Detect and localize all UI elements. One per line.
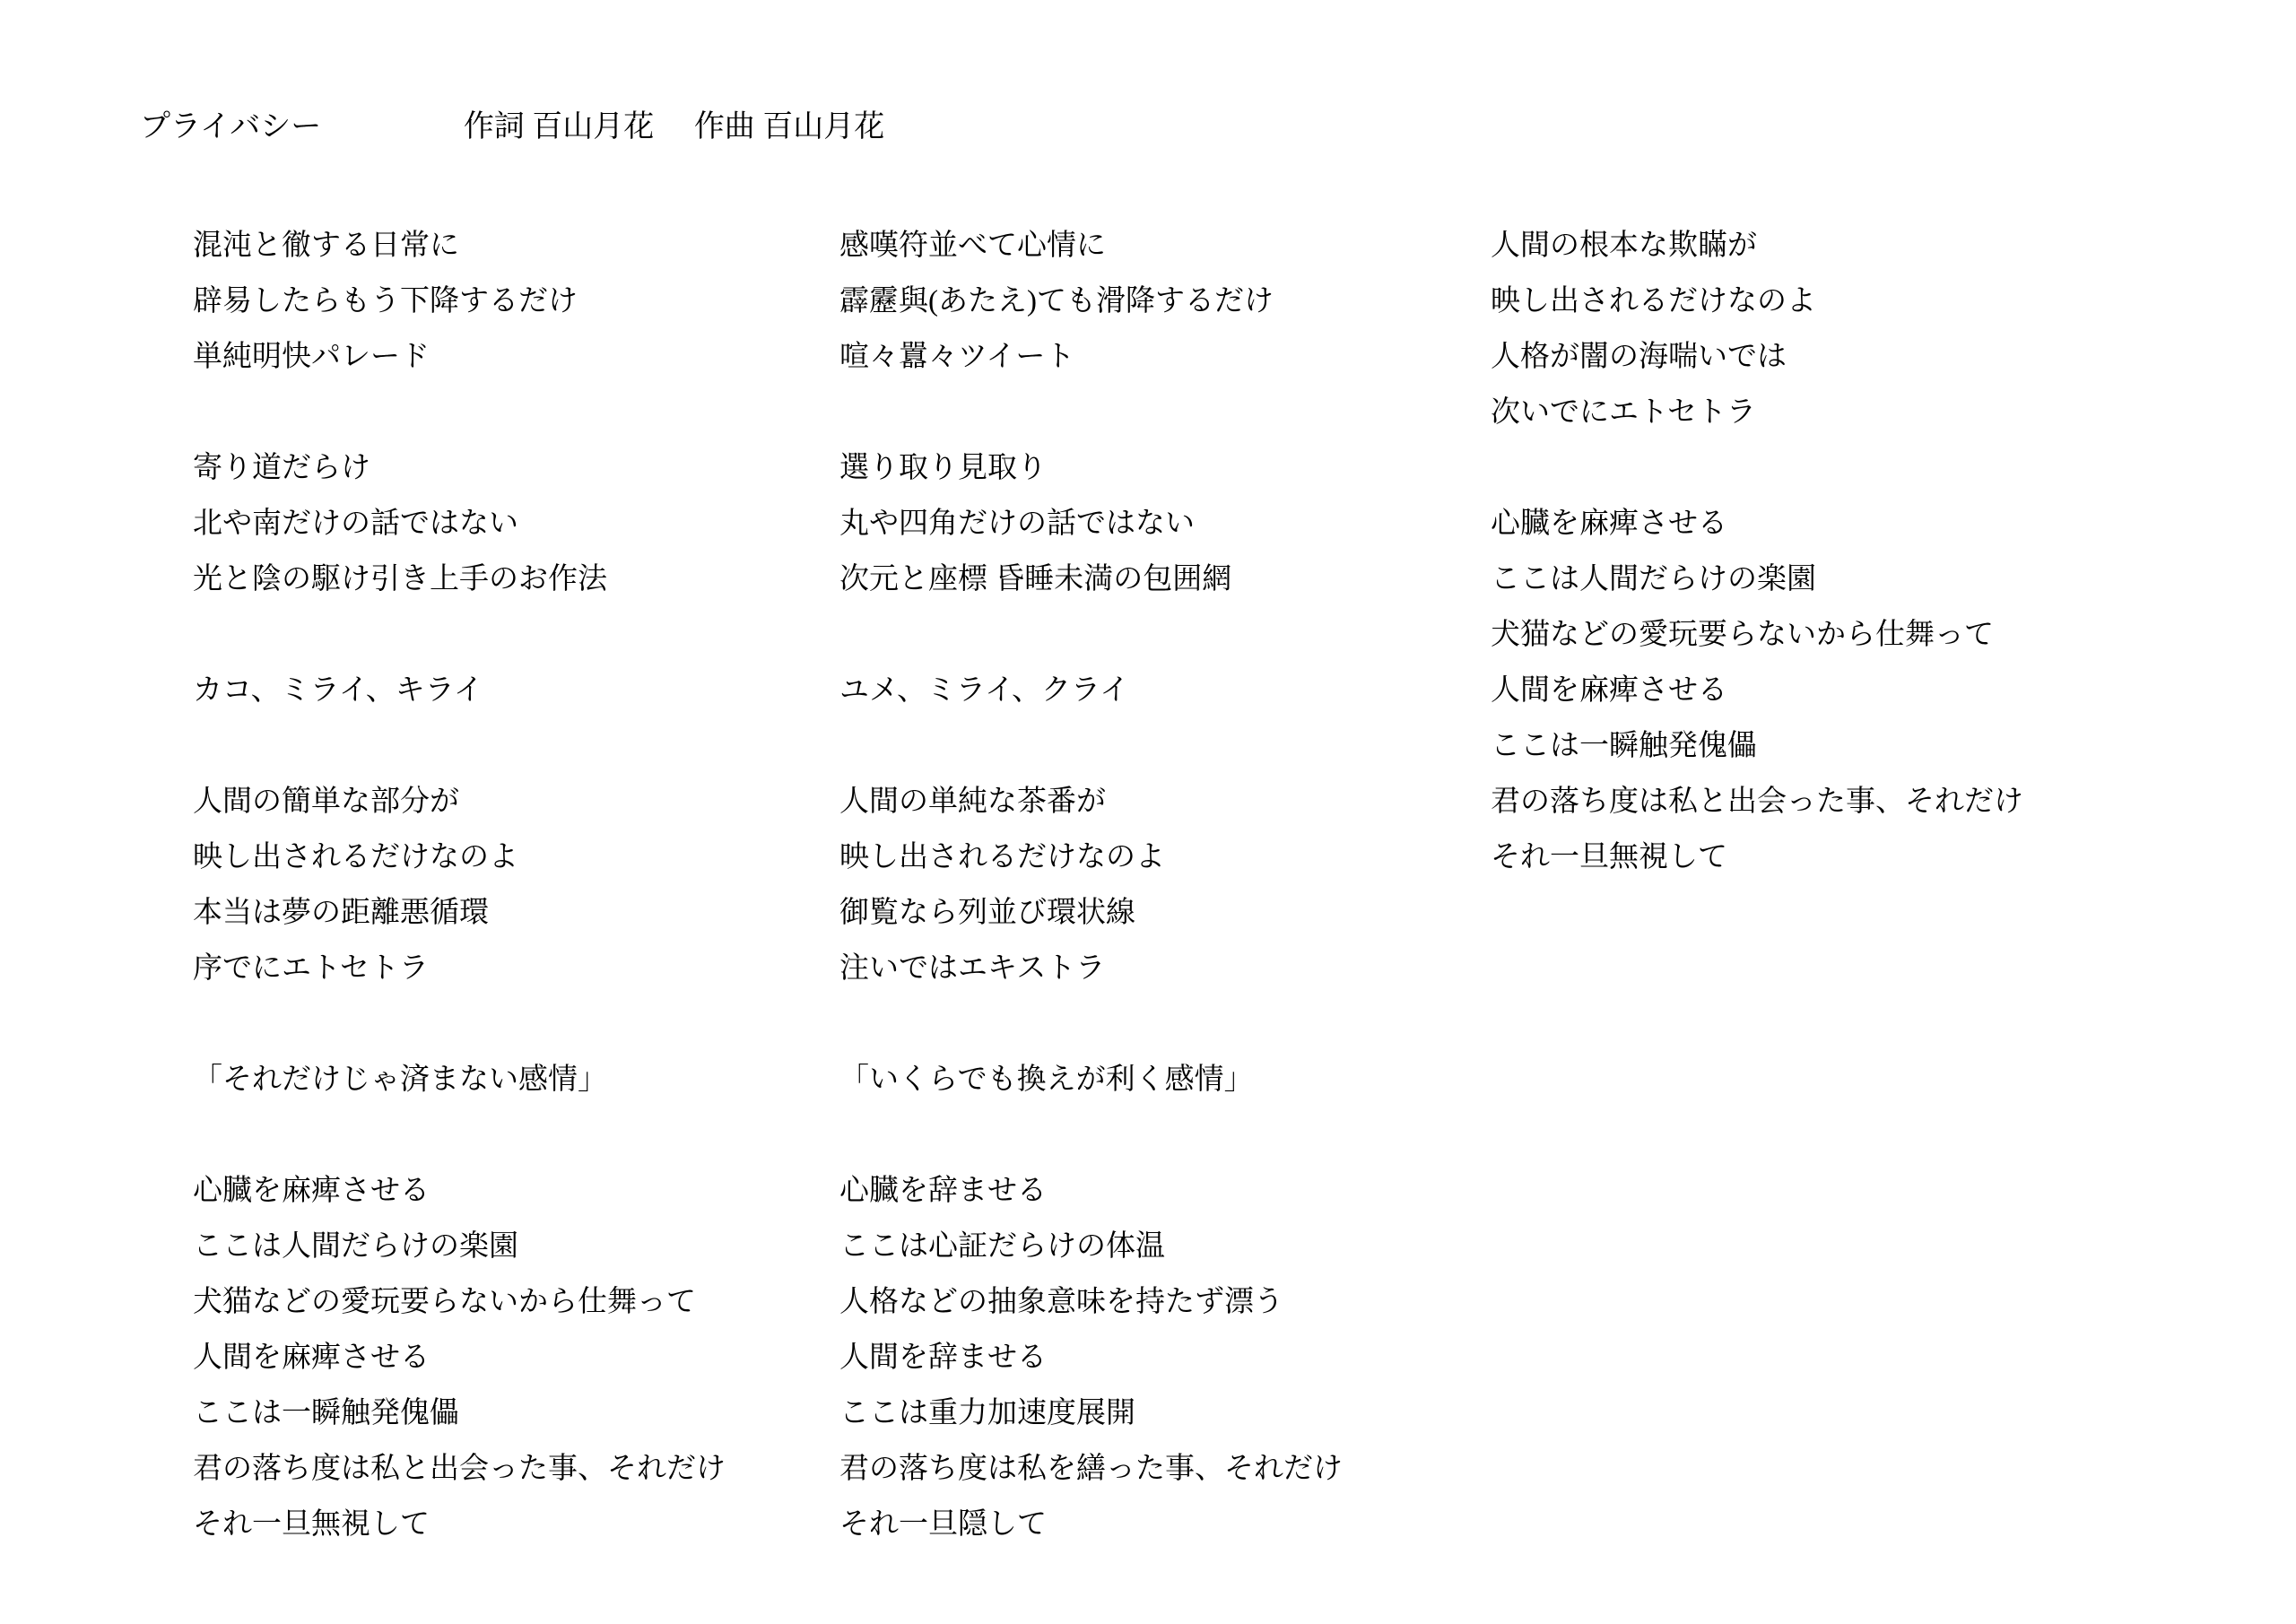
lyric-line: 単純明快パレード (193, 329, 726, 385)
lyric-line: 本当は夢の距離悪循環 (193, 885, 726, 941)
lyric-line: 心臓を麻痺させる (1491, 496, 2023, 551)
lyric-line: 選り取り見取り (839, 440, 1343, 496)
lyric-line: 次いでにエトセトラ (1491, 385, 2023, 440)
lyric-line: 君の落ち度は私を繕った事、それだけ (839, 1441, 1343, 1497)
stanza: 選り取り見取り丸や四角だけの話ではない次元と座標 昏睡未満の包囲網 (839, 440, 1343, 607)
lyric-line: 次元と座標 昏睡未満の包囲網 (839, 551, 1343, 607)
lyric-line: 注いではエキストラ (839, 941, 1343, 996)
lyric-line: ここは人間だらけの楽園 (193, 1219, 726, 1274)
lyric-line: 心臓を辞ませる (839, 1163, 1343, 1219)
lyric-line: 混沌と徹する日常に (193, 218, 726, 274)
lyric-line: ここは一瞬触発傀儡 (193, 1385, 726, 1441)
stanza: 人間の簡単な部分が映し出されるだけなのよ本当は夢の距離悪循環序でにエトセトラ (193, 774, 726, 996)
composer-credit: 作曲 百山月花 (694, 108, 885, 147)
lyric-line: 序でにエトセトラ (193, 941, 726, 996)
lyric-line: カコ、ミライ、キライ (193, 663, 726, 718)
lyric-line: ここは心証だらけの体温 (839, 1219, 1343, 1274)
song-title: プライバシー (140, 108, 321, 147)
lyric-line: 北や南だけの話ではない (193, 496, 726, 551)
lyrics-column-2: 感嘆符並べて心情に霹靂與(あたえ)ても滑降するだけ喧々囂々ツイート選り取り見取り… (839, 218, 1343, 1608)
lyric-line: 君の落ち度は私と出会った事、それだけ (1491, 774, 2023, 829)
stanza: 人間の単純な茶番が映し出されるだけなのよ御覧なら列並び環状線注いではエキストラ (839, 774, 1343, 996)
lyric-line: ここは人間だらけの楽園 (1491, 551, 2023, 607)
stanza: 混沌と徹する日常に辟易したらもう下降するだけ単純明快パレード (193, 218, 726, 385)
lyric-line: 人間を辞ませる (839, 1330, 1343, 1385)
lyric-line: 丸や四角だけの話ではない (839, 496, 1343, 551)
lyric-line: 映し出されるだけなのよ (193, 829, 726, 885)
lyric-line: 君の落ち度は私と出会った事、それだけ (193, 1441, 726, 1497)
lyric-line: 「それだけじゃ済まない感情」 (193, 1052, 726, 1107)
stanza: カコ、ミライ、キライ (193, 663, 726, 718)
stanza: ユメ、ミライ、クライ (839, 663, 1343, 718)
lyrics-column-1: 混沌と徹する日常に辟易したらもう下降するだけ単純明快パレード寄り道だらけ北や南だ… (193, 218, 726, 1608)
lyric-line: 霹靂與(あたえ)ても滑降するだけ (839, 274, 1343, 329)
header: プライバシー 作詞 百山月花 作曲 百山月花 (140, 108, 884, 147)
stanza: 感嘆符並べて心情に霹靂與(あたえ)ても滑降するだけ喧々囂々ツイート (839, 218, 1343, 385)
lyricist-credit: 作詞 百山月花 (464, 108, 655, 147)
stanza: 心臓を辞ませるここは心証だらけの体温人格などの抽象意味を持たず漂う人間を辞ませる… (839, 1163, 1343, 1552)
lyric-line: ユメ、ミライ、クライ (839, 663, 1343, 718)
lyric-line: 犬猫などの愛玩要らないから仕舞って (1491, 607, 2023, 663)
lyric-line: 映し出されるだけなのよ (1491, 274, 2023, 329)
lyric-line: 心臓を麻痺させる (193, 1163, 726, 1219)
lyric-line: 光と陰の駆け引き上手のお作法 (193, 551, 726, 607)
lyric-line: 寄り道だらけ (193, 440, 726, 496)
lyric-line: 感嘆符並べて心情に (839, 218, 1343, 274)
stanza: 「いくらでも換えが利く感情」 (839, 1052, 1343, 1107)
stanza: 寄り道だらけ北や南だけの話ではない光と陰の駆け引き上手のお作法 (193, 440, 726, 607)
lyric-line: ここは一瞬触発傀儡 (1491, 718, 2023, 774)
lyric-line: それ一旦隠して (839, 1497, 1343, 1552)
lyric-line: 「いくらでも換えが利く感情」 (839, 1052, 1343, 1107)
stanza: 人間の根本な欺瞞が映し出されるだけなのよ人格が闇の海喘いでは次いでにエトセトラ (1491, 218, 2023, 440)
stanza: 心臓を麻痺させるここは人間だらけの楽園犬猫などの愛玩要らないから仕舞って人間を麻… (1491, 496, 2023, 885)
lyric-line: 人間を麻痺させる (1491, 663, 2023, 718)
lyrics-column-3: 人間の根本な欺瞞が映し出されるだけなのよ人格が闇の海喘いでは次いでにエトセトラ心… (1491, 218, 2023, 941)
lyric-line: 人格などの抽象意味を持たず漂う (839, 1274, 1343, 1330)
lyrics-page: プライバシー 作詞 百山月花 作曲 百山月花 混沌と徹する日常に辟易したらもう下… (0, 0, 2296, 1624)
lyric-line: 人格が闇の海喘いでは (1491, 329, 2023, 385)
lyric-line: 人間の簡単な部分が (193, 774, 726, 829)
lyric-line: 辟易したらもう下降するだけ (193, 274, 726, 329)
lyric-line: 映し出されるだけなのよ (839, 829, 1343, 885)
lyric-line: 犬猫などの愛玩要らないから仕舞って (193, 1274, 726, 1330)
lyric-line: それ一旦無視して (193, 1497, 726, 1552)
lyric-line: 喧々囂々ツイート (839, 329, 1343, 385)
lyric-line: 御覧なら列並び環状線 (839, 885, 1343, 941)
stanza: 心臓を麻痺させるここは人間だらけの楽園犬猫などの愛玩要らないから仕舞って人間を麻… (193, 1163, 726, 1552)
lyric-line: 人間の根本な欺瞞が (1491, 218, 2023, 274)
lyric-line: 人間を麻痺させる (193, 1330, 726, 1385)
lyric-line: ここは重力加速度展開 (839, 1385, 1343, 1441)
lyric-line: それ一旦無視して (1491, 829, 2023, 885)
stanza: 「それだけじゃ済まない感情」 (193, 1052, 726, 1107)
lyric-line: 人間の単純な茶番が (839, 774, 1343, 829)
